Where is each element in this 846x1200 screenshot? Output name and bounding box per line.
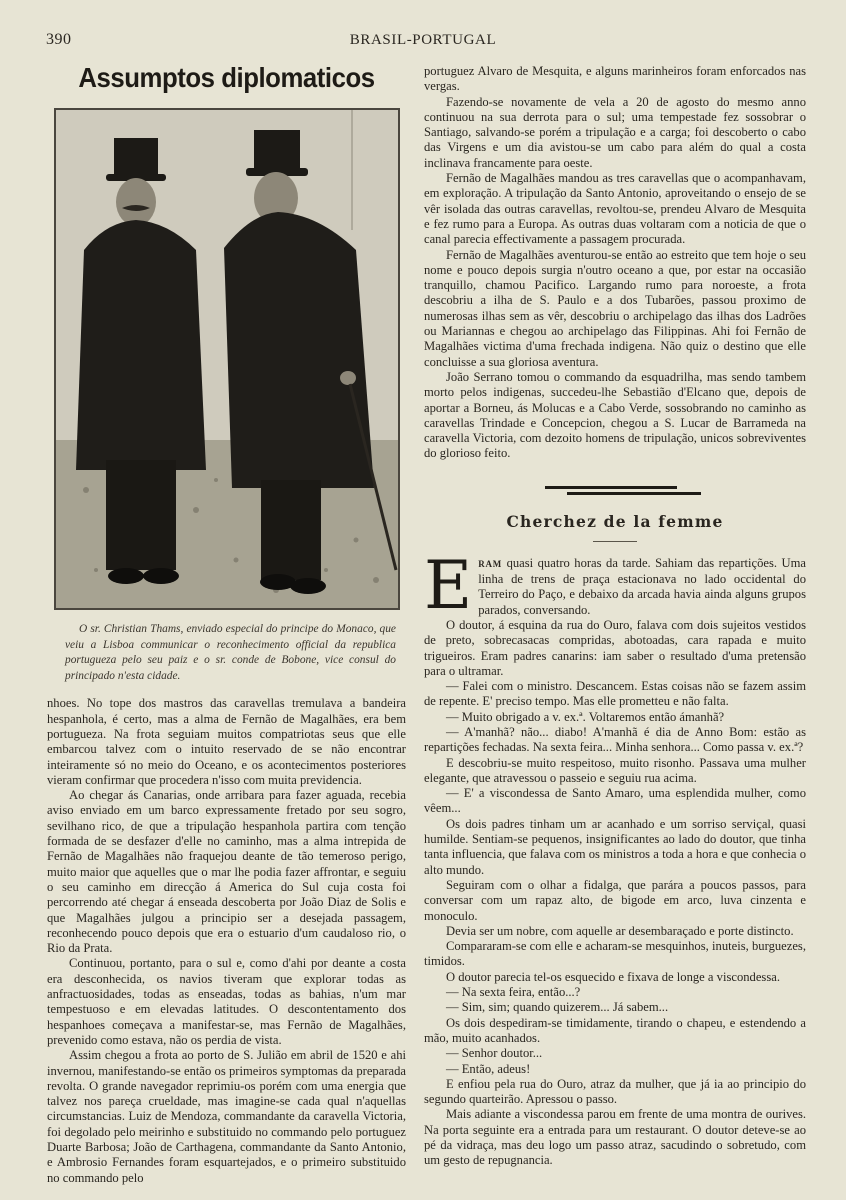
divider-line <box>545 486 677 489</box>
paragraph: Compararam-se com elle e acharam-se mesq… <box>424 939 806 970</box>
dialogue-line: — Então, adeus! <box>424 1062 806 1077</box>
article-title-cherchez: Cherchez de la femme <box>424 512 806 531</box>
dialogue-line: — Falei com o ministro. Descancem. Estas… <box>424 679 806 710</box>
paragraph: E descobriu-se muito respeitoso, muito r… <box>424 756 806 787</box>
paragraph: Devia ser um nobre, com aquelle ar desem… <box>424 924 806 939</box>
first-word-smallcaps: RAM <box>478 559 502 569</box>
paragraph: Os dois despediram-se timidamente, tiran… <box>424 1016 806 1047</box>
paragraph: Fernão de Magalhães aventurou-se então a… <box>424 248 806 370</box>
paragraph: nhoes. No tope dos mastros das caravella… <box>47 696 406 788</box>
paragraph: Seguiram com o olhar a fidalga, que pará… <box>424 878 806 924</box>
paragraph: João Serrano tomou o commando da esquadr… <box>424 370 806 462</box>
paragraph: Ao chegar ás Canarias, onde arribara par… <box>47 788 406 956</box>
paragraph: O doutor, á esquina da rua do Ouro, fala… <box>424 618 806 679</box>
dialogue-line: — Senhor doutor... <box>424 1046 806 1061</box>
paragraph: Fernão de Magalhães mandou as tres carav… <box>424 171 806 247</box>
photo-two-men-top-hats <box>54 108 400 610</box>
opening-text: quasi quatro horas da tarde. Sahiam das … <box>478 556 806 617</box>
opening-paragraph: ERAM quasi quatro horas da tarde. Sahiam… <box>424 556 806 618</box>
paragraph: Assim chegou a frota ao porto de S. Juli… <box>47 1048 406 1186</box>
paragraph: Fazendo-se novamente de vela a 20 de ago… <box>424 95 806 171</box>
section-divider-ornament <box>545 484 685 498</box>
divider-line <box>567 492 701 495</box>
dropcap-letter: E <box>424 558 472 614</box>
photo-illustration <box>56 110 398 608</box>
paragraph: Os dois padres tinham um ar acanhado e u… <box>424 817 806 878</box>
dialogue-line: — Sim, sim; quando quizerem... Já sabem.… <box>424 1000 806 1015</box>
dialogue-line: — Na sexta feira, então...? <box>424 985 806 1000</box>
paragraph: portuguez Alvaro de Mesquita, e alguns m… <box>424 64 806 95</box>
story-body-text: ERAM quasi quatro horas da tarde. Sahiam… <box>424 556 806 1169</box>
paragraph: O doutor parecia tel-os esquecido e fixa… <box>424 970 806 985</box>
left-body-text: nhoes. No tope dos mastros das caravella… <box>47 696 406 1186</box>
article-title-diplomaticos: Assumptos diplomaticos <box>61 62 391 94</box>
magazine-page: 390 BRASIL-PORTUGAL Assumptos diplomatic… <box>0 0 846 1200</box>
dialogue-line: — E' a viscondessa de Santo Amaro, uma e… <box>424 786 806 817</box>
left-column: Assumptos diplomaticos <box>47 62 406 1186</box>
right-column: portuguez Alvaro de Mesquita, e alguns m… <box>424 64 806 1169</box>
dialogue-line: — A'manhã? não... diabo! A'manhã é dia d… <box>424 725 806 756</box>
paragraph: Mais adiante a viscondessa parou em fren… <box>424 1107 806 1168</box>
paragraph: E enfiou pela rua do Ouro, atraz da mulh… <box>424 1077 806 1108</box>
photo-caption: O sr. Christian Thams, enviado especial … <box>65 622 396 684</box>
paragraph: Continuou, portanto, para o sul e, como … <box>47 956 406 1048</box>
title-rule <box>593 541 637 542</box>
right-body-text: portuguez Alvaro de Mesquita, e alguns m… <box>424 64 806 462</box>
dialogue-line: — Muito obrigado a v. ex.ª. Voltaremos e… <box>424 710 806 725</box>
running-title: BRASIL-PORTUGAL <box>0 32 846 49</box>
